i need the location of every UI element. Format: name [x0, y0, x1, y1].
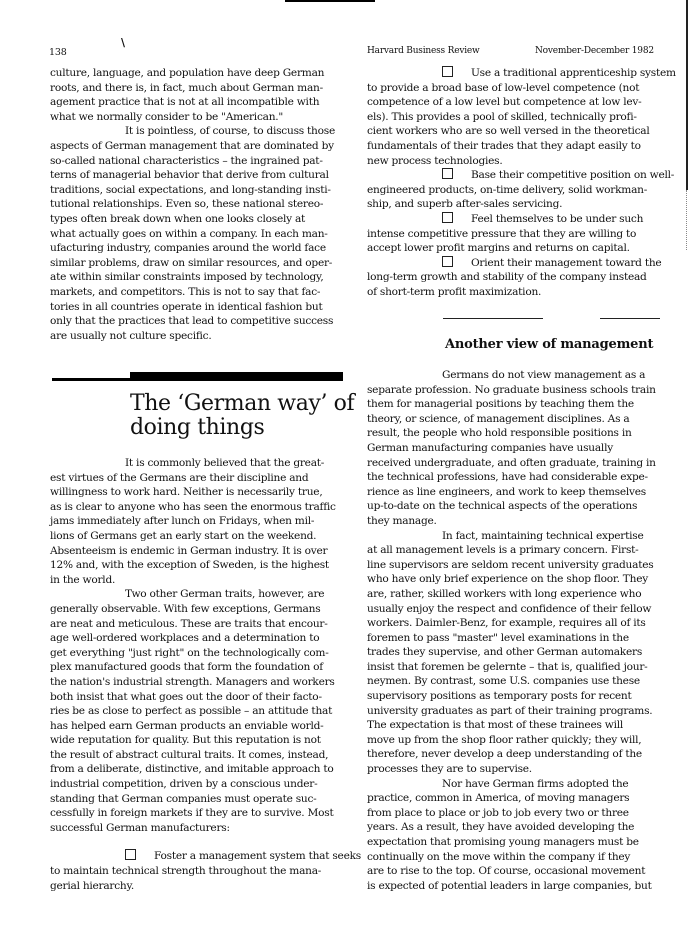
text-line: at all management levels is a primary co… [367, 543, 667, 558]
bullet-text: Orient their management toward the [471, 257, 661, 269]
text-line: get everything "just right" on the techn… [50, 646, 346, 661]
text-line: It is pointless, of course, to discuss t… [50, 124, 346, 139]
text-line: similar problems, draw on similar resour… [50, 256, 346, 271]
text-line: the result of abstract cultural traits. … [50, 748, 346, 763]
text-line: German manufacturing companies have usua… [367, 441, 667, 456]
text-line: neymen. By contrast, some U.S. companies… [367, 674, 667, 689]
paragraph-national-characteristics: It is pointless, of course, to discuss t… [50, 124, 346, 343]
bullet-text: Foster a management system that seeks [154, 850, 361, 862]
text-line: est virtues of the Germans are their dis… [50, 471, 346, 486]
bullet-item: Orient their management toward the long-… [367, 256, 667, 300]
bullet-item: Feel themselves to be under such intense… [367, 212, 667, 256]
text-line: Orient their management toward the [367, 256, 667, 271]
text-line: to maintain technical strength throughou… [50, 864, 346, 879]
text-line: ate within similar constraints imposed b… [50, 270, 346, 285]
text-line: generally observable. With few exception… [50, 602, 346, 617]
text-line: willingness to work hard. Neither is nec… [50, 485, 346, 500]
text-line: what actually goes on within a company. … [50, 227, 346, 242]
bullet-text: Use a traditional apprenticeship system [471, 67, 676, 79]
paragraph-moving-managers: Nor have German firms adopted the practi… [367, 777, 667, 894]
text-line: usually enjoy the respect and confidence… [367, 602, 667, 617]
text-line: It is commonly believed that the great- [50, 456, 346, 471]
text-line: successful German manufacturers: [50, 821, 346, 836]
text-line: rience as line engineers, and work to ke… [367, 485, 667, 500]
text-line: are to rise to the top. Of course, occas… [367, 864, 667, 879]
text-line: to provide a broad base of low-level com… [367, 81, 667, 96]
text-line: as is clear to anyone who has seen the e… [50, 500, 346, 515]
text-line: markets, and competitors. This is not to… [50, 285, 346, 300]
text-line: so-called national characteristics – the… [50, 154, 346, 169]
paragraph-management-profession: Germans do not view management as a sepa… [367, 368, 667, 529]
text-line: cient workers who are so well versed in … [367, 124, 667, 139]
text-line: supervisory positions as temporary posts… [367, 689, 667, 704]
text-line: accept lower profit margins and returns … [367, 241, 667, 256]
text-line: move up from the shop floor rather quick… [367, 733, 667, 748]
text-line: age well-ordered workplaces and a determ… [50, 631, 346, 646]
text-line: years. As a result, they have avoided de… [367, 820, 667, 835]
text-line: types often break down when one looks cl… [50, 212, 346, 227]
bullet-text: Feel themselves to be under such [471, 213, 643, 225]
text-line: who have only brief experience on the sh… [367, 572, 667, 587]
text-line: Germans do not view management as a [367, 368, 667, 383]
text-line: tutional relationships. Even so, these n… [50, 197, 346, 212]
text-line: els). This provides a pool of skilled, t… [367, 110, 667, 125]
journal-title: Harvard Business Review [367, 46, 480, 56]
section-rule-thick [130, 372, 343, 381]
bullet-text: Base their competitive position on well- [471, 169, 674, 181]
text-line: from place to place or job to job every … [367, 806, 667, 821]
text-line: aspects of German management that are do… [50, 139, 346, 154]
text-line: are neat and meticulous. These are trait… [50, 617, 346, 632]
page-number: 138 [49, 47, 67, 58]
stray-mark: \ [121, 36, 125, 49]
checkbox-bullet-icon [442, 66, 453, 77]
text-line: agement practice that is not at all inco… [50, 95, 346, 110]
section-title-line: The ‘German way’ of [130, 392, 354, 416]
text-line: up-to-date on the technical aspects of t… [367, 499, 667, 514]
text-line: intense competitive pressure that they a… [367, 227, 667, 242]
left-column-top: culture, language, and population have d… [50, 66, 346, 343]
text-line: processes they are to supervise. [367, 762, 667, 777]
text-line: industrial competition, driven by a cons… [50, 777, 346, 792]
text-line: therefore, never develop a deep understa… [367, 747, 667, 762]
text-line: result, the people who hold responsible … [367, 426, 667, 441]
text-line: Use a traditional apprenticeship system [367, 66, 667, 81]
section-title-line: doing things [130, 416, 354, 440]
text-line: both insist that what goes out the door … [50, 690, 346, 705]
text-line: practice, common in America, of moving m… [367, 791, 667, 806]
text-line: the technical professions, have had cons… [367, 470, 667, 485]
text-line: standing that German companies must oper… [50, 792, 346, 807]
separator-rule [443, 318, 543, 319]
text-line: are usually not culture specific. [50, 329, 346, 344]
separator-rule [600, 318, 660, 319]
checkbox-bullet-icon [442, 256, 453, 267]
text-line: theory, or science, of management discip… [367, 412, 667, 427]
text-line: they manage. [367, 514, 667, 529]
text-line: separate profession. No graduate busines… [367, 383, 667, 398]
text-line: insist that foremen be gelernte – that i… [367, 660, 667, 675]
text-line: In fact, maintaining technical expertise [367, 529, 667, 544]
text-line: engineered products, on-time delivery, s… [367, 183, 667, 198]
issue-date: November-December 1982 [535, 46, 654, 56]
text-line: The expectation is that most of these tr… [367, 718, 667, 733]
text-line: has helped earn German products an envia… [50, 719, 346, 734]
paragraph-technical-expertise: In fact, maintaining technical expertise… [367, 529, 667, 777]
bullet-item: Use a traditional apprenticeship system … [367, 66, 667, 168]
text-line: is expected of potential leaders in larg… [367, 879, 667, 894]
checkbox-bullet-icon [442, 168, 453, 179]
text-line: foremen to pass "master" level examinati… [367, 631, 667, 646]
text-line: cessfully in foreign markets if they are… [50, 806, 346, 821]
text-line: lions of Germans get an early start on t… [50, 529, 346, 544]
text-line: in the world. [50, 573, 346, 588]
text-line: Base their competitive position on well- [367, 168, 667, 183]
intro-paragraph: culture, language, and population have d… [50, 66, 346, 124]
section-title: The ‘German way’ of doing things [130, 392, 354, 440]
right-column-bullets: Use a traditional apprenticeship system … [367, 66, 667, 300]
text-line: university graduates as part of their tr… [367, 704, 667, 719]
text-line: roots, and there is, in fact, much about… [50, 81, 346, 96]
paragraph-virtues: It is commonly believed that the great- … [50, 456, 346, 587]
text-line: ufacturing industry, companies around th… [50, 241, 346, 256]
text-line: trades they supervise, and other German … [367, 645, 667, 660]
text-line: them for managerial positions by teachin… [367, 397, 667, 412]
text-line: new process technologies. [367, 154, 667, 169]
text-line: expectation that promising young manager… [367, 835, 667, 850]
text-line: ship, and superb after-sales servicing. [367, 197, 667, 212]
scan-right-edge [686, 0, 688, 190]
right-column-body: Germans do not view management as a sepa… [367, 368, 667, 893]
text-line: Foster a management system that seeks [50, 849, 346, 864]
text-line: continually on the move within the compa… [367, 850, 667, 865]
scan-right-edge-dotted [686, 190, 688, 250]
text-line: Nor have German firms adopted the [367, 777, 667, 792]
text-line: from a deliberate, distinctive, and imit… [50, 762, 346, 777]
scan-top-bar [285, 0, 375, 2]
text-line: wide reputation for quality. But this re… [50, 733, 346, 748]
text-line: fundamentals of their trades that they a… [367, 139, 667, 154]
text-line: gerial hierarchy. [50, 879, 346, 894]
text-line: line supervisors are seldom recent unive… [367, 558, 667, 573]
text-line: workers. Daimler-Benz, for example, requ… [367, 616, 667, 631]
text-line: of short-term profit maximization. [367, 285, 667, 300]
text-line: are, rather, skilled workers with long e… [367, 587, 667, 602]
text-line: 12% and, with the exception of Sweden, i… [50, 558, 346, 573]
text-line: terns of managerial behavior that derive… [50, 168, 346, 183]
text-line: what we normally consider to be "America… [50, 110, 346, 125]
text-line: culture, language, and population have d… [50, 66, 346, 81]
text-line: only that the practices that lead to com… [50, 314, 346, 329]
text-line: received undergraduate, and often gradua… [367, 456, 667, 471]
text-line: Feel themselves to be under such [367, 212, 667, 227]
text-line: tories in all countries operate in ident… [50, 300, 346, 315]
bullet-item: Base their competitive position on well-… [367, 168, 667, 212]
text-line: jams immediately after lunch on Fridays,… [50, 514, 346, 529]
text-line: traditions, social expectations, and lon… [50, 183, 346, 198]
left-column-section-body: It is commonly believed that the great- … [50, 456, 346, 893]
checkbox-bullet-icon [125, 849, 136, 860]
text-line: the nation's industrial strength. Manage… [50, 675, 346, 690]
subsection-title: Another view of management [445, 337, 653, 352]
text-line: competence of a low level but competence… [367, 95, 667, 110]
text-line: Absenteeism is endemic in German industr… [50, 544, 346, 559]
section-rule-thin [52, 378, 132, 381]
text-line: Two other German traits, however, are [50, 587, 346, 602]
text-line: ries be as close to perfect as possible … [50, 704, 346, 719]
text-line: plex manufactured goods that form the fo… [50, 660, 346, 675]
bullet-item: Foster a management system that seeks to… [50, 849, 346, 893]
text-line: long-term growth and stability of the co… [367, 270, 667, 285]
checkbox-bullet-icon [442, 212, 453, 223]
paragraph-traits: Two other German traits, however, are ge… [50, 587, 346, 835]
